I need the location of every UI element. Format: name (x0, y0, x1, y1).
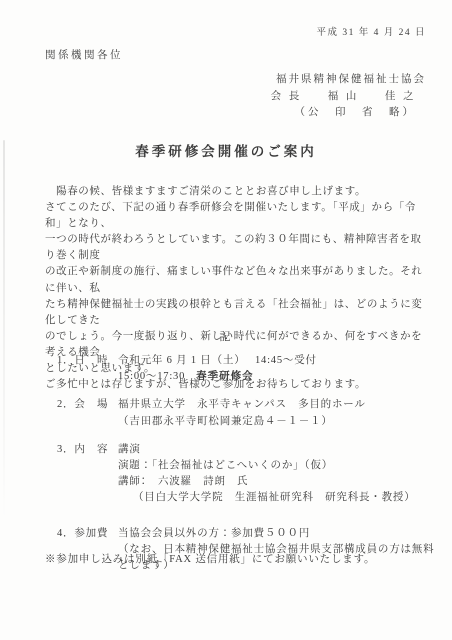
recipient-line: 関係機関各位 (45, 47, 123, 62)
item-venue: 2．会 場 福井県立大学 永平寺キャンパス 多目的ホール （吉田郡永平寺町松岡兼… (57, 397, 437, 429)
datetime-line1: 令和元年 6 月 1 日（土） 14:45～受付 (118, 353, 437, 369)
item-content: 3．内 容 講演 演題：「社会福祉はどこへいくのか」（仮） 講師： 六波羅 詩朗… (57, 442, 437, 507)
item-fee-label: 4．参加費 (57, 526, 118, 575)
sender-president: 会 長 福 山 佳 之 (271, 89, 426, 106)
body-line: たち精神保健福祉士の実践の根幹とも言える「社会福祉」は、どのように変化してきた (45, 297, 425, 329)
datetime-line2: 15:00～17:30春季研修会 (118, 369, 437, 385)
item-content-label: 3．内 容 (57, 442, 118, 507)
item-content-body: 講演 演題：「社会福祉はどこへいくのか」（仮） 講師： 六波羅 詩朗 氏 （目白… (118, 442, 437, 507)
scanned-document-page: 平成 31 年 4 月 24 日 関係機関各位 福井県精神保健福祉士協会 会 長… (0, 0, 452, 640)
document-date: 平成 31 年 4 月 24 日 (316, 24, 426, 38)
document-title: 春季研修会開催のご案内 (0, 140, 452, 160)
venue-name: 福井県立大学 永平寺キャンパス 多目的ホール (118, 397, 437, 413)
lecturer-affiliation: （目白大学大学院 生涯福祉研究科 研究科長・教授） (118, 490, 437, 506)
body-line: の改正や新制度の施行、痛ましい事件など色々な出来事がありました。それに伴い、私 (45, 264, 425, 296)
venue-address: （吉田郡永平寺町松岡兼定島４－１－１） (118, 414, 437, 430)
session-time: 15:00～17:30 (118, 371, 185, 382)
item-venue-body: 福井県立大学 永平寺キャンパス 多目的ホール （吉田郡永平寺町松岡兼定島４－１－… (118, 397, 437, 429)
body-line: 一つの時代が終わろうとしています。この約３０年間にも、精神障害者を取り巻く制度 (45, 232, 425, 264)
item-datetime: 1．日 時 令和元年 6 月 1 日（土） 14:45～受付 15:00～17:… (57, 353, 437, 385)
item-venue-label: 2．会 場 (57, 397, 118, 429)
body-line: さてこのたび、下記の通り春季研修会を開催いたします。「平成」から「令和」となり、 (45, 200, 425, 232)
session-event-name: 春季研修会 (196, 371, 254, 382)
application-footnote: ※参加申し込みは別紙「FAX 送信用紙」にてお願いいたします。 (45, 551, 435, 566)
record-marker: 記 (0, 328, 452, 344)
sender-block: 福井県精神保健福祉士協会 会 長 福 山 佳 之 （公 印 省 略） (271, 72, 426, 122)
lecture-title: 演題：「社会福祉はどこへいくのか」（仮） (118, 458, 437, 474)
content-type: 講演 (118, 442, 437, 458)
fee-amount: 当協会会員以外の方：参加費５００円 (118, 526, 437, 542)
body-line: 陽春の候、皆様ますますご清栄のこととお喜び申し上げます。 (45, 184, 425, 200)
item-fee-body: 当協会会員以外の方：参加費５００円 （なお、日本精神保健福祉士協会福井県支部構成… (118, 526, 437, 575)
lecturer-name: 講師： 六波羅 詩朗 氏 (118, 474, 437, 490)
item-datetime-label: 1．日 時 (57, 353, 118, 385)
item-datetime-body: 令和元年 6 月 1 日（土） 14:45～受付 15:00～17:30春季研修… (118, 353, 437, 385)
seal-omitted-note: （公 印 省 略） (271, 105, 426, 122)
sender-organization: 福井県精神保健福祉士協会 (271, 72, 426, 89)
item-fee: 4．参加費 当協会会員以外の方：参加費５００円 （なお、日本精神保健福祉士協会福… (57, 526, 437, 575)
